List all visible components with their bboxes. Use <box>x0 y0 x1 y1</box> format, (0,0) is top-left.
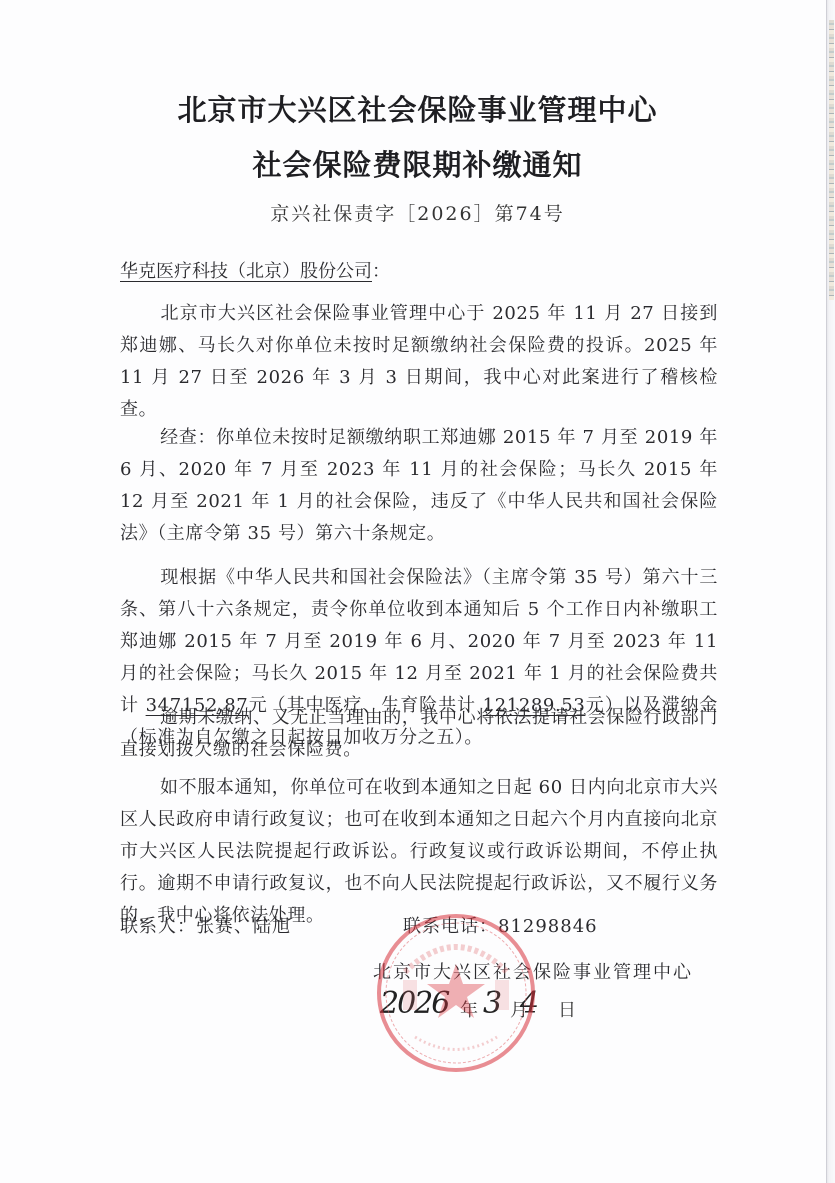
paragraph-enforcement: 逾期未缴纳、又无正当理由的，我中心将依法提请社会保险行政部门直接划拨欠缴的社会保… <box>120 702 718 766</box>
issuer-signature: 北京市大兴区社会保险事业管理中心 <box>373 958 693 984</box>
paragraph-findings-text: 经查：你单位未按时足额缴纳职工郑迪娜 2015 年 7 月至 2019 年 6 … <box>120 427 718 544</box>
page-title-issuer: 北京市大兴区社会保险事业管理中心 <box>0 88 835 129</box>
day-label: 日 <box>558 996 576 1022</box>
recipient-colon: ： <box>372 261 390 282</box>
paragraph-order-text: 现根据《中华人民共和国社会保险法》（主席令第 35 号）第六十三条、第八十六条规… <box>120 567 718 716</box>
contact-phone-label: 联系电话： <box>403 916 498 937</box>
contact-person: 联系人：张赛、陆旭 <box>120 912 291 938</box>
recipient-line: 华克医疗科技（北京）股份公司： <box>120 257 390 283</box>
recipient-name: 华克医疗科技（北京）股份公司 <box>120 261 372 282</box>
contact-phone: 联系电话：81298846 <box>403 912 598 938</box>
paragraph-complaint-text: 北京市大兴区社会保险事业管理中心于 2025 年 11 月 27 日接到郑迪娜、… <box>120 303 718 420</box>
paragraph-enforcement-text: 逾期未缴纳、又无正当理由的，我中心将依法提请社会保险行政部门直接划拨欠缴的社会保… <box>120 707 718 760</box>
contact-person-names: 张赛、陆旭 <box>196 916 291 937</box>
page-title-notice: 社会保险费限期补缴通知 <box>0 143 835 184</box>
handwritten-month: 3 <box>483 986 500 1021</box>
year-label: 年 <box>460 996 478 1022</box>
issue-date: 2026 年 3 月 4 日 <box>380 990 680 1030</box>
document-number: 京兴社保责字［2026］第74号 <box>0 199 835 226</box>
paragraph-appeal-text: 如不服本通知，你单位可在收到本通知之日起 60 日内向北京市大兴区人民政府申请行… <box>120 777 718 926</box>
contact-person-label: 联系人： <box>120 916 196 937</box>
paragraph-findings: 经查：你单位未按时足额缴纳职工郑迪娜 2015 年 7 月至 2019 年 6 … <box>120 422 718 550</box>
handwritten-day: 4 <box>520 986 537 1021</box>
handwritten-year: 2026 <box>380 986 448 1021</box>
paragraph-complaint: 北京市大兴区社会保险事业管理中心于 2025 年 11 月 27 日接到郑迪娜、… <box>120 298 718 426</box>
contact-phone-number: 81298846 <box>498 916 598 937</box>
paragraph-appeal: 如不服本通知，你单位可在收到本通知之日起 60 日内向北京市大兴区人民政府申请行… <box>120 772 718 932</box>
